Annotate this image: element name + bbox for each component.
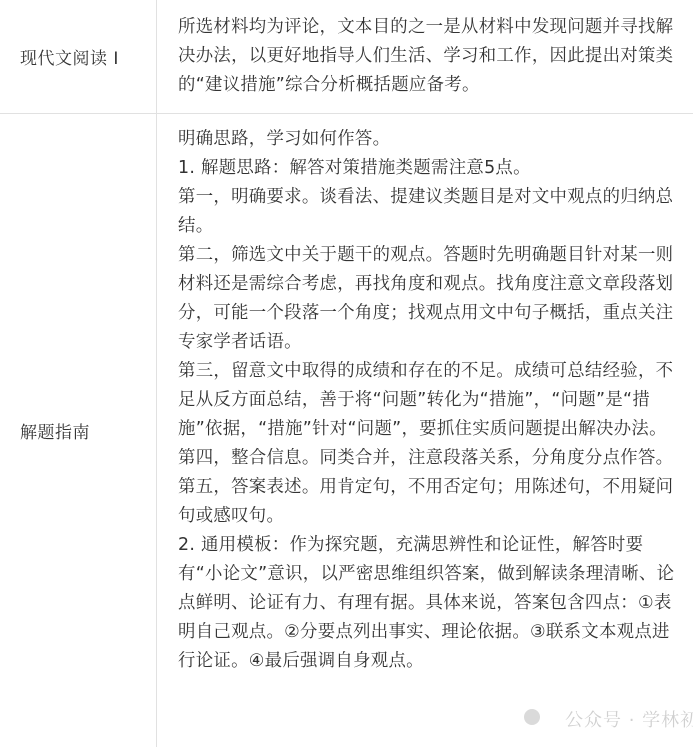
row-label-cell: 现代文阅读 I: [0, 0, 157, 113]
row-label: 解题指南: [20, 418, 90, 443]
table-row: 现代文阅读 I 所选材料均为评论，文本目的之一是从材料中发现问题并寻找解决办法，…: [0, 0, 693, 114]
guide-table: 现代文阅读 I 所选材料均为评论，文本目的之一是从材料中发现问题并寻找解决办法，…: [0, 0, 693, 747]
content-paragraph: 第三，留意文中取得的成绩和存在的不足。成绩可总结经验，不足从反方面总结，善于将“…: [178, 357, 679, 444]
table-row: 解题指南 明确思路，学习如何作答。 1. 解题思路：解答对策措施类题需注意5点。…: [0, 114, 693, 747]
content-paragraph: 2. 通用模板：作为探究题，充满思辨性和论证性，解答时要有“小论文”意识，以严密…: [178, 531, 679, 676]
row-label-cell: 解题指南: [0, 114, 157, 747]
content-paragraph: 第一，明确要求。谈看法、提建议类题目是对文中观点的归纳总结。: [178, 183, 679, 241]
watermark-logo-icon: [524, 709, 540, 725]
content-paragraph: 第二，筛选文中关于题干的观点。答题时先明确题目针对某一则材料还是需综合考虑，再找…: [178, 241, 679, 357]
content-paragraph: 第四，整合信息。同类合并，注意段落关系，分角度分点作答。: [178, 444, 679, 473]
row-content-cell: 明确思路，学习如何作答。 1. 解题思路：解答对策措施类题需注意5点。 第一，明…: [157, 114, 693, 747]
content-paragraph: 明确思路，学习如何作答。: [178, 125, 679, 154]
row-label: 现代文阅读 I: [20, 44, 119, 69]
row-content-cell: 所选材料均为评论，文本目的之一是从材料中发现问题并寻找解决办法，以更好地指导人们…: [157, 0, 693, 113]
content-paragraph: 第五，答案表述。用肯定句，不用否定句；用陈述句，不用疑问句或感叹句。: [178, 473, 679, 531]
content-paragraph: 所选材料均为评论，文本目的之一是从材料中发现问题并寻找解决办法，以更好地指导人们…: [178, 13, 679, 100]
content-paragraph: 1. 解题思路：解答对策措施类题需注意5点。: [178, 154, 679, 183]
